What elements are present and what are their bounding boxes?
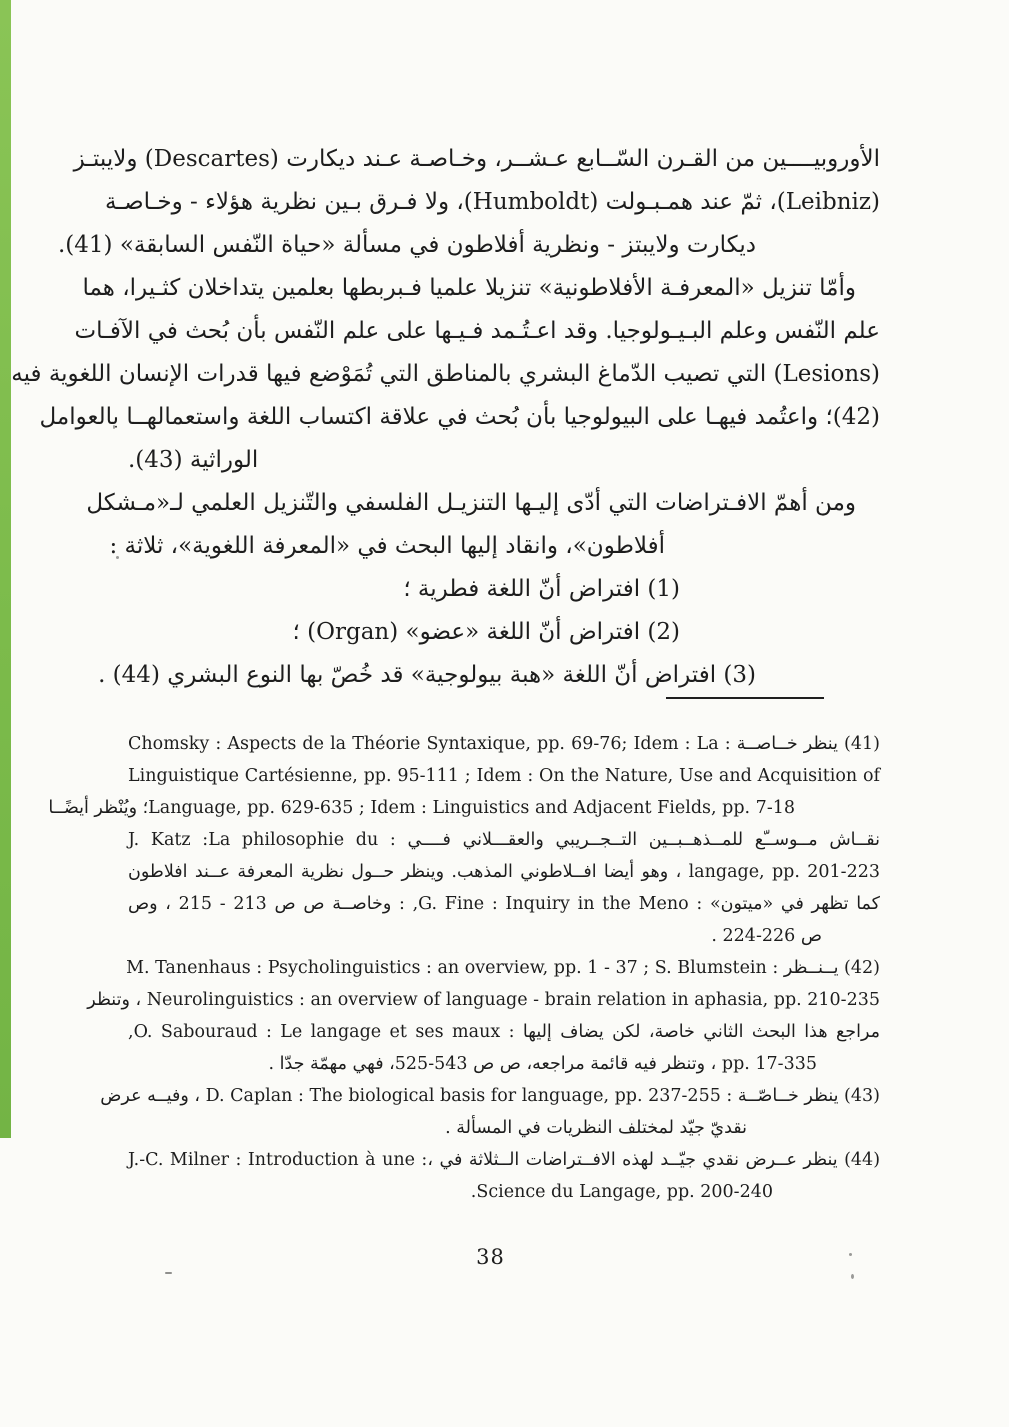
body-line: الأوروبيــــين من القـرن السّــابع عـشــ… <box>128 138 880 181</box>
footnote-line: ص 226-224 . <box>128 920 822 952</box>
body-line: (Lesions) التي تصيب الدّماغ البشري بالمن… <box>128 353 880 396</box>
body-line: (Leibniz)، ثمّ عند همـبـولت (Humboldt)، … <box>128 181 880 224</box>
footnote-line: نقــاش مــوســّع للمــذهــبــين التــجــ… <box>128 824 880 856</box>
body-line: (42)؛ واعتُمد فيهـا على البيولوجيا بأن ب… <box>128 396 880 439</box>
scanned-book-page: الأوروبيــــين من القـرن السّــابع عـشــ… <box>0 0 1009 1427</box>
footnote-line: langage, pp. 201-223 ، وهو أيضا افــلاطو… <box>128 856 880 888</box>
scan-speck <box>165 1272 172 1274</box>
body-line: ومن أهمّ الافـتراضات التي أدّى إليـها ال… <box>128 482 856 525</box>
footnotes: (41) ينظر خــاصــة : Chomsky : Aspects d… <box>128 728 880 1208</box>
footnote-line: Neurolinguistics : an overview of langua… <box>128 984 880 1016</box>
footnote-line: مراجع هذا البحث الثاني خاصة، لكن يضاف إل… <box>128 1016 880 1048</box>
body-line: وأمّا تنزيل «المعرفـة الأفلاطونية» تنزيل… <box>128 267 856 310</box>
page-number: 38 <box>0 1245 995 1269</box>
footnote-line: كما تظهر في «ميتون» : G. Fine : Inquiry … <box>128 888 880 920</box>
body-line: أفلاطون»، وانقاد إليها البحث في «المعرفة… <box>128 525 665 568</box>
list-item: (1) افتراض أنّ اللغة فطرية ؛ <box>128 568 680 611</box>
footnote-line: pp. 17-335 ، وتنظر فيه قائمة مراجعه، ص ص… <box>128 1048 817 1080</box>
scan-speck <box>849 1253 852 1256</box>
scan-speck <box>113 425 115 429</box>
main-text: الأوروبيــــين من القـرن السّــابع عـشــ… <box>128 138 880 697</box>
footnote-line: نقديّ جيّد لمختلف النظريات في المسألة . <box>128 1112 747 1144</box>
footnote-line: Science du Langage, pp. 200-240. <box>128 1176 773 1208</box>
body-line: علم النّفس وعلم البـيـولوجيا. وقد اعـتُـ… <box>128 310 880 353</box>
scan-speck <box>116 556 119 559</box>
list-item: (2) افتراض أنّ اللغة «عضو» (Organ) ؛ <box>128 611 680 654</box>
body-line: ديكارت ولايبتز - ونظرية أفلاطون في مسألة… <box>128 224 756 267</box>
scan-edge-strip <box>0 0 11 1138</box>
footnote-line: Linguistique Cartésienne, pp. 95-111 ; I… <box>128 760 880 792</box>
footnote-line: (41) ينظر خــاصــة : Chomsky : Aspects d… <box>128 728 880 760</box>
footnote-line: (42) يــنــظر : M. Tanenhaus : Psycholin… <box>156 952 880 984</box>
footnote-separator <box>666 697 824 699</box>
body-line: الوراثية (43). <box>128 439 880 482</box>
list-item: (3) افتراض أنّ اللغة «هبة بيولوجية» قد خ… <box>128 654 756 697</box>
footnote-line: (44) ينظر عــرض نقدي جيّــد لهذه الافــت… <box>128 1144 880 1176</box>
scan-speck <box>851 1274 854 1279</box>
footnote-line: Language, pp. 629-635 ; Idem : Linguisti… <box>128 792 795 824</box>
footnote-line: (43) ينظر خــاصّــة : D. Caplan : The bi… <box>128 1080 880 1112</box>
